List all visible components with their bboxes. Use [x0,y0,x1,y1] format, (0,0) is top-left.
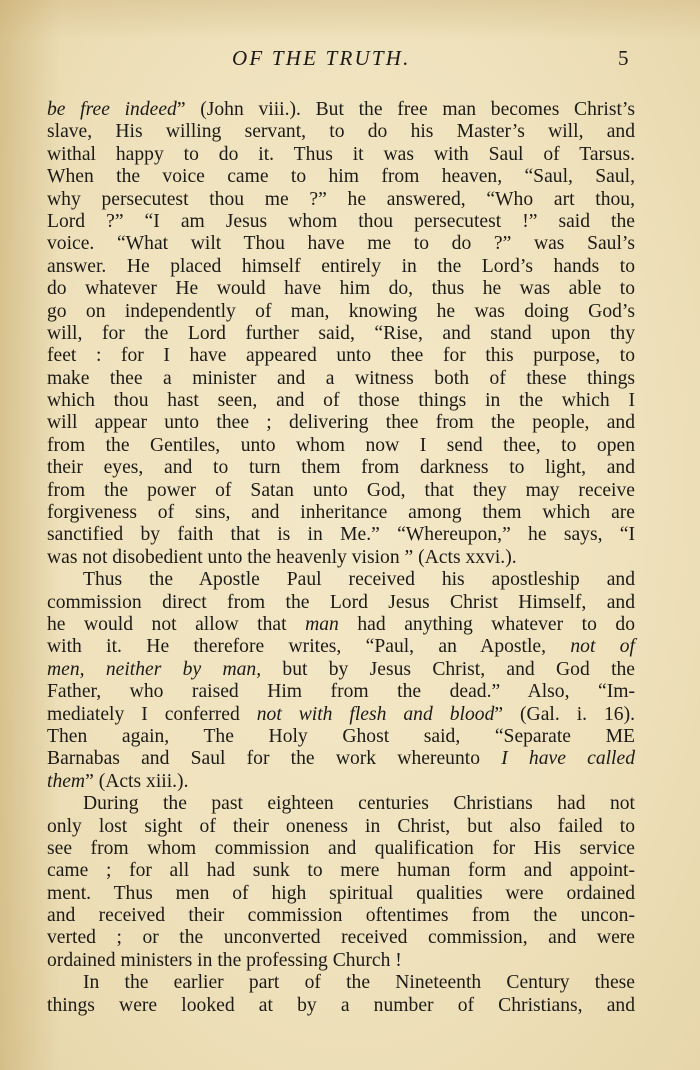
text-run: verted ; or the unconverted received com… [47,927,635,948]
text-run: came ; for all had sunk to mere human fo… [47,860,635,881]
text-run: voice. “What wilt Thou have me to do ?” … [47,233,635,254]
text-line: answer. He placed himself entirely in th… [47,256,635,278]
text-run: commission direct from the Lord Jesus Ch… [47,592,635,613]
text-line: see from whom commission and qualificati… [47,838,635,860]
italic-text: them [47,771,85,792]
text-line: them” (Acts xiii.). [47,771,635,793]
text-run: will appear unto thee ; delivering thee … [47,412,635,433]
text-run: ” (Acts xiii.). [85,771,188,792]
text-line: make thee a minister and a witness both … [47,368,635,390]
text-run: ” (Gal. i. 16). [494,704,635,725]
text-line: mediately I conferred not with flesh and… [47,704,635,726]
text-run: only lost sight of their oneness in Chri… [47,816,635,837]
text-line: be free indeed” (John viii.). But the fr… [47,99,635,121]
text-line: commission direct from the Lord Jesus Ch… [47,592,635,614]
text-line: slave, His willing servant, to do his Ma… [47,121,635,143]
text-line: feet : for I have appeared unto thee for… [47,345,635,367]
text-run: will, for the Lord further said, “Rise, … [47,323,635,344]
italic-text: I have called [501,748,635,769]
text-run: ordained ministers in the professing Chu… [47,950,402,971]
text-run: things were looked at by a number of Chr… [47,995,635,1016]
text-run: forgiveness of sins, and inheritance amo… [47,502,635,523]
text-run: answer. He placed himself entirely in th… [47,256,635,277]
text-run: but by Jesus Christ, and God the [261,659,635,680]
text-line: Then again, The Holy Ghost said, “Separa… [47,726,635,748]
text-run: feet : for I have appeared unto thee for… [47,345,635,366]
text-line: from the power of Satan unto God, that t… [47,480,635,502]
italic-text: not of [570,636,635,657]
text-run: Then again, The Holy Ghost said, “Separa… [47,726,635,747]
text-line: with it. He therefore writes, “Paul, an … [47,636,635,658]
text-line: which thou hast seen, and of those thing… [47,390,635,412]
text-line: forgiveness of sins, and inheritance amo… [47,502,635,524]
text-run: why persecutest thou me ?” he answered, … [47,189,635,210]
text-run: he would not allow that [47,614,305,635]
text-line: why persecutest thou me ?” he answered, … [47,189,635,211]
text-run: In the earlier part of the Nineteenth Ce… [83,972,635,993]
page-number: 5 [618,46,629,71]
text-run: Barnabas and Saul for the work whereunto [47,748,501,769]
text-run: go on independently of man, knowing he w… [47,301,635,322]
text-line: Lord ?” “I am Jesus whom thou persecutes… [47,211,635,233]
text-run: Lord ?” “I am Jesus whom thou persecutes… [47,211,635,232]
text-line: When the voice came to him from heaven, … [47,166,635,188]
text-line: only lost sight of their oneness in Chri… [47,816,635,838]
running-title: OF THE TRUTH. [232,46,411,71]
text-line: ordained ministers in the professing Chu… [47,950,635,972]
body-text: be free indeed” (John viii.). But the fr… [47,99,635,1017]
text-run: sanctified by faith that is in Me.” “Whe… [47,524,635,545]
text-line: men, neither by man, but by Jesus Christ… [47,659,635,681]
text-line: things were looked at by a number of Chr… [47,995,635,1017]
text-line: Thus the Apostle Paul received his apost… [47,569,635,591]
text-line: do whatever He would have him do, thus h… [47,278,635,300]
text-line: go on independently of man, knowing he w… [47,301,635,323]
text-run: do whatever He would have him do, thus h… [47,278,635,299]
text-line: voice. “What wilt Thou have me to do ?” … [47,233,635,255]
text-line: Father, who raised Him from the dead.” A… [47,681,635,703]
text-run: ment. Thus men of high spiritual qualiti… [47,883,635,904]
text-line: their eyes, and to turn them from darkne… [47,457,635,479]
text-line: ment. Thus men of high spiritual qualiti… [47,883,635,905]
text-line: verted ; or the unconverted received com… [47,927,635,949]
text-line: withal happy to do it. Thus it was with … [47,144,635,166]
text-line: will, for the Lord further said, “Rise, … [47,323,635,345]
text-run: slave, His willing servant, to do his Ma… [47,121,635,142]
text-run: withal happy to do it. Thus it was with … [47,144,635,165]
text-run: During the past eighteen centuries Chris… [83,793,635,814]
italic-text: not with flesh and blood [257,704,495,725]
text-line: During the past eighteen centuries Chris… [47,793,635,815]
italic-text: men, neither by man, [47,659,261,680]
text-run: When the voice came to him from heaven, … [47,166,635,187]
text-run: had anything whatever to do [339,614,635,635]
italic-text: be free indeed [47,99,177,120]
text-line: was not disobedient unto the heavenly vi… [47,547,635,569]
text-run: ” (John viii.). But the free man becomes… [177,99,635,120]
text-line: will appear unto thee ; delivering thee … [47,412,635,434]
text-run: their eyes, and to turn them from darkne… [47,457,635,478]
text-run: which thou hast seen, and of those thing… [47,390,635,411]
text-line: Barnabas and Saul for the work whereunto… [47,748,635,770]
text-run: see from whom commission and qualificati… [47,838,635,859]
text-line: and received their commission oftentimes… [47,905,635,927]
text-line: from the Gentiles, unto whom now I send … [47,435,635,457]
text-line: sanctified by faith that is in Me.” “Whe… [47,524,635,546]
text-line: he would not allow that man had anything… [47,614,635,636]
text-line: came ; for all had sunk to mere human fo… [47,860,635,882]
text-run: was not disobedient unto the heavenly vi… [47,547,517,568]
italic-text: man [305,614,339,635]
text-run: from the power of Satan unto God, that t… [47,480,635,501]
text-run: mediately I conferred [47,704,257,725]
text-run: Father, who raised Him from the dead.” A… [47,681,635,702]
text-run: and received their commission oftentimes… [47,905,635,926]
running-head: OF THE TRUTH. 5 [0,46,700,76]
text-line: In the earlier part of the Nineteenth Ce… [47,972,635,994]
text-run: with it. He therefore writes, “Paul, an … [47,636,570,657]
text-run: from the Gentiles, unto whom now I send … [47,435,635,456]
text-run: make thee a minister and a witness both … [47,368,635,389]
book-page: OF THE TRUTH. 5 be free indeed” (John vi… [0,0,700,1070]
text-run: Thus the Apostle Paul received his apost… [83,569,635,590]
